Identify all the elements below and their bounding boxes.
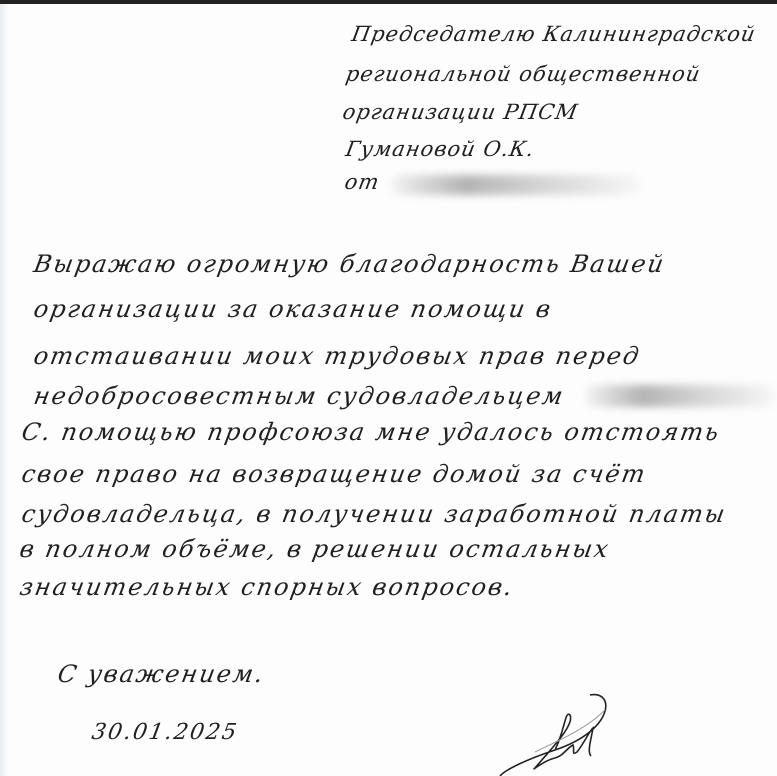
body-line-6: свое право на возвращение домой за счёт (20, 460, 649, 488)
addressee-line-3: организации РПСМ (341, 100, 580, 124)
scan-left-edge (0, 4, 8, 776)
addressee-line-2: региональной общественной (344, 62, 703, 86)
closing: С уважением. (56, 660, 268, 688)
redacted-sender-name (390, 175, 640, 195)
from-label: от (343, 170, 382, 194)
body-line-4: недобросовестным судовладельцем (32, 382, 567, 410)
addressee-line-1: Председателю Калининградской (350, 22, 758, 46)
scan-top-edge (0, 0, 777, 4)
date: 30.01.2025 (90, 720, 240, 745)
body-line-5: С. помощью профсоюза мне удалось отстоят… (20, 418, 723, 446)
body-line-1: Выражаю огромную благодарность Вашей (32, 250, 668, 278)
addressee-line-4: Гумановой О.К. (344, 137, 537, 161)
body-line-3: отстаивании моих трудовых прав перед (32, 342, 643, 370)
body-line-2: организации за оказание помощи в (32, 295, 555, 323)
body-line-9: значительных спорных вопросов. (18, 573, 517, 601)
body-line-8: в полном объёме, в решении остальных (18, 535, 613, 563)
redacted-shipowner-name (585, 385, 775, 407)
body-line-7: судовладельца, в получении заработной пл… (20, 500, 729, 528)
signature (495, 690, 625, 776)
